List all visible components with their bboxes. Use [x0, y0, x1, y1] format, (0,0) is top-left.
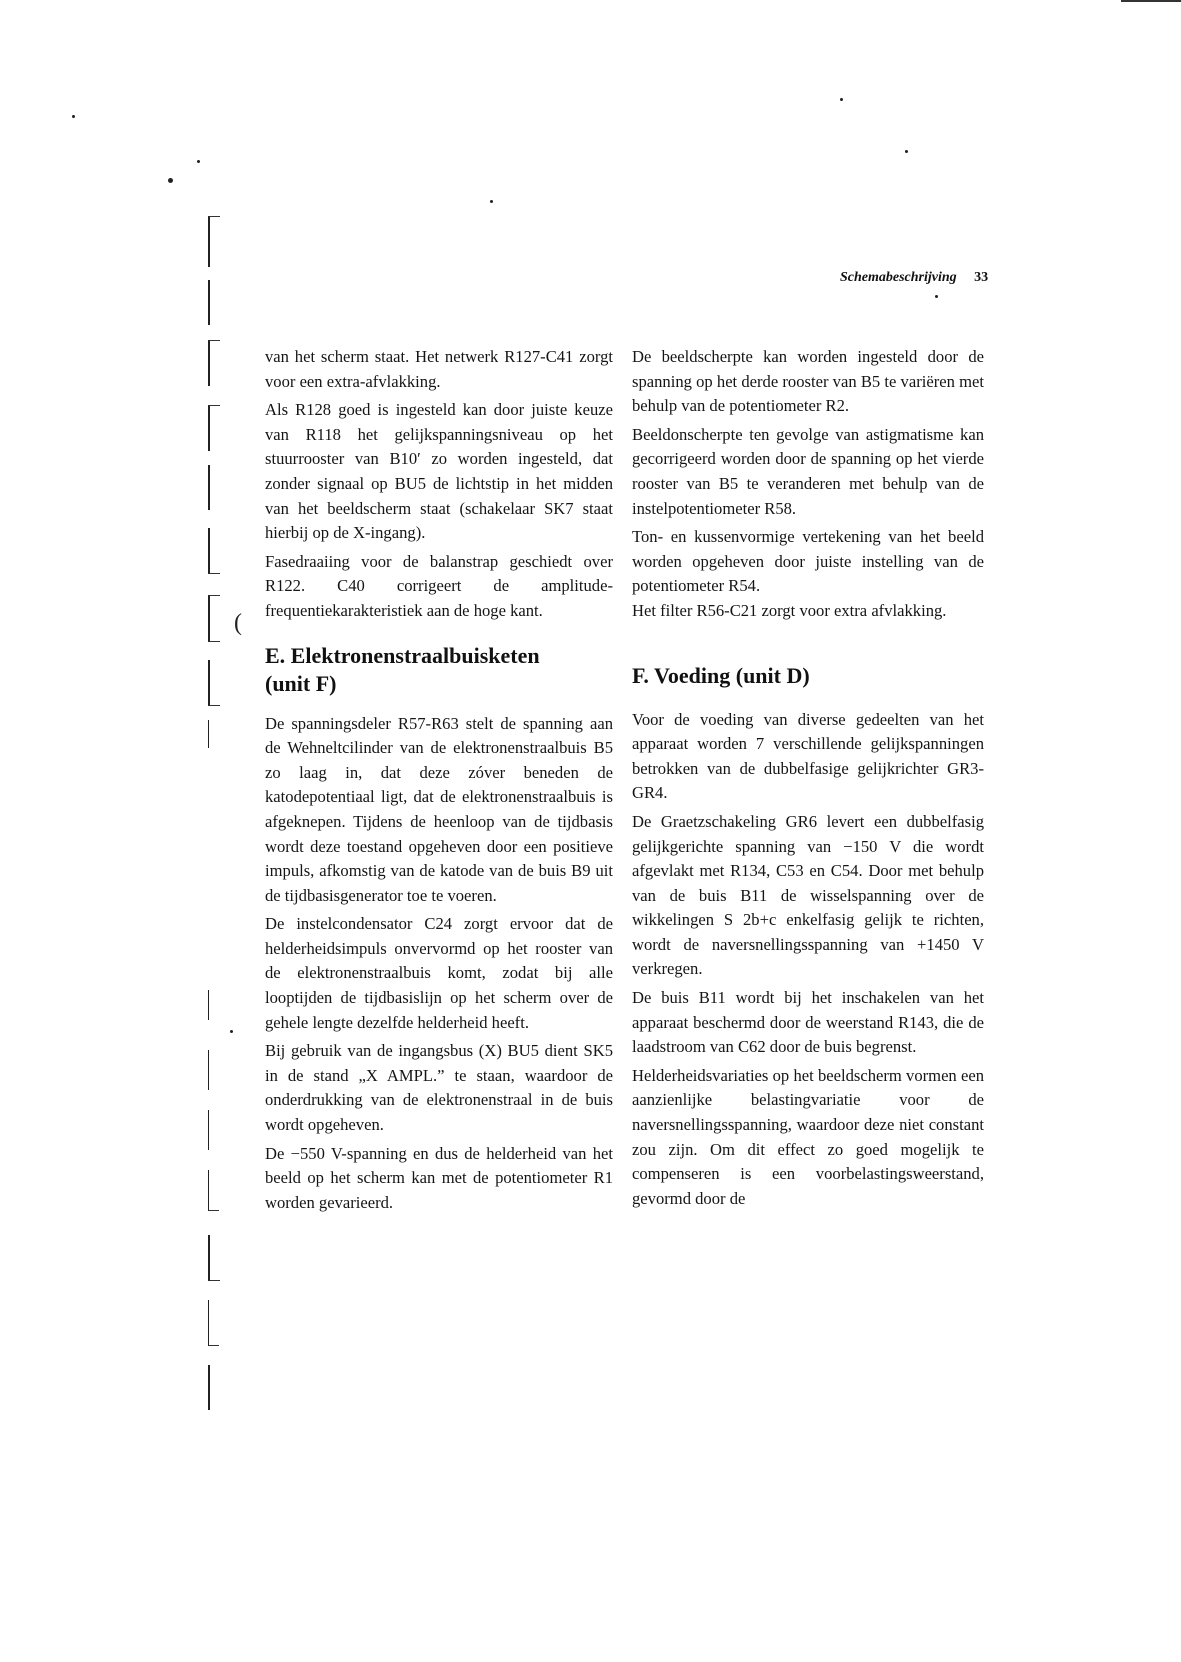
paragraph: De −550 V-spanning en dus de helderheid …: [265, 1142, 613, 1216]
paragraph: Als R128 goed is ingesteld kan door juis…: [265, 398, 613, 546]
margin-bracket-mark: [208, 1235, 220, 1281]
running-title: Schemabeschrijving: [840, 270, 957, 285]
running-head: Schemabeschrijving 33: [840, 270, 988, 286]
margin-bracket-mark: [208, 1170, 219, 1211]
paragraph: Bij gebruik van de ingangsbus (X) BU5 di…: [265, 1039, 613, 1137]
paragraph: De instelcondensator C24 zorgt ervoor da…: [265, 912, 613, 1035]
scan-speck: [905, 150, 908, 153]
margin-bracket-mark: [208, 990, 219, 1020]
margin-bracket-mark: [208, 528, 220, 574]
margin-bracket-mark: [208, 660, 220, 706]
scan-speck: [935, 295, 938, 298]
margin-scan-marks: (: [200, 210, 260, 1510]
scanned-page: Schemabeschrijving 33 ( van het scherm s…: [0, 0, 1181, 1662]
section-heading-e: E. Elektronenstraalbuisketen (unit F): [265, 642, 613, 698]
margin-bracket-mark: [208, 595, 220, 642]
paragraph: De Graetzschakeling GR6 levert een dubbe…: [632, 810, 984, 982]
margin-bracket-mark: [208, 340, 220, 386]
left-column: van het scherm staat. Het netwerk R127-C…: [265, 345, 613, 1215]
margin-bracket-mark: [208, 1300, 219, 1346]
margin-bracket-mark: [208, 1050, 219, 1090]
margin-bracket-mark: [208, 1110, 219, 1150]
scan-speck: [230, 1030, 233, 1033]
margin-bracket-mark: [208, 280, 220, 325]
paragraph: Voor de voeding van diverse gedeelten va…: [632, 708, 984, 806]
section-heading-f: F. Voeding (unit D): [632, 662, 984, 690]
paragraph: De beeldscherpte kan worden ingesteld do…: [632, 345, 984, 419]
margin-bracket-mark: [208, 405, 220, 451]
margin-paren-mark: (: [234, 610, 242, 637]
right-column: De beeldscherpte kan worden ingesteld do…: [632, 345, 984, 1211]
scan-speck: [168, 178, 173, 183]
margin-bracket-mark: [208, 1365, 220, 1410]
margin-bracket-mark: [208, 720, 219, 748]
scan-speck: [197, 160, 200, 163]
paragraph: Ton- en kussenvormige vertekening van he…: [632, 525, 984, 599]
scan-edge-rule: [1121, 0, 1181, 2]
scan-speck: [72, 115, 75, 118]
paragraph: Helderheidsvariaties op het beeldscherm …: [632, 1064, 984, 1212]
page-number: 33: [974, 270, 988, 285]
paragraph: De spanningsdeler R57-R63 stelt de spann…: [265, 712, 613, 909]
scan-speck: [840, 98, 843, 101]
section-heading-e-line1: E. Elektronenstraalbuisketen: [265, 643, 540, 668]
paragraph: De buis B11 wordt bij het inschakelen va…: [632, 986, 984, 1060]
margin-bracket-mark: [208, 216, 220, 267]
paragraph: van het scherm staat. Het netwerk R127-C…: [265, 345, 613, 394]
paragraph: Het filter R56-C21 zorgt voor extra afvl…: [632, 599, 984, 624]
margin-bracket-mark: [208, 465, 220, 510]
section-heading-e-line2: (unit F): [265, 670, 613, 698]
paragraph: Fasedraaiing voor de balanstrap geschied…: [265, 550, 613, 624]
paragraph: Beeldonscherpte ten gevolge van astigmat…: [632, 423, 984, 521]
scan-speck: [490, 200, 493, 203]
